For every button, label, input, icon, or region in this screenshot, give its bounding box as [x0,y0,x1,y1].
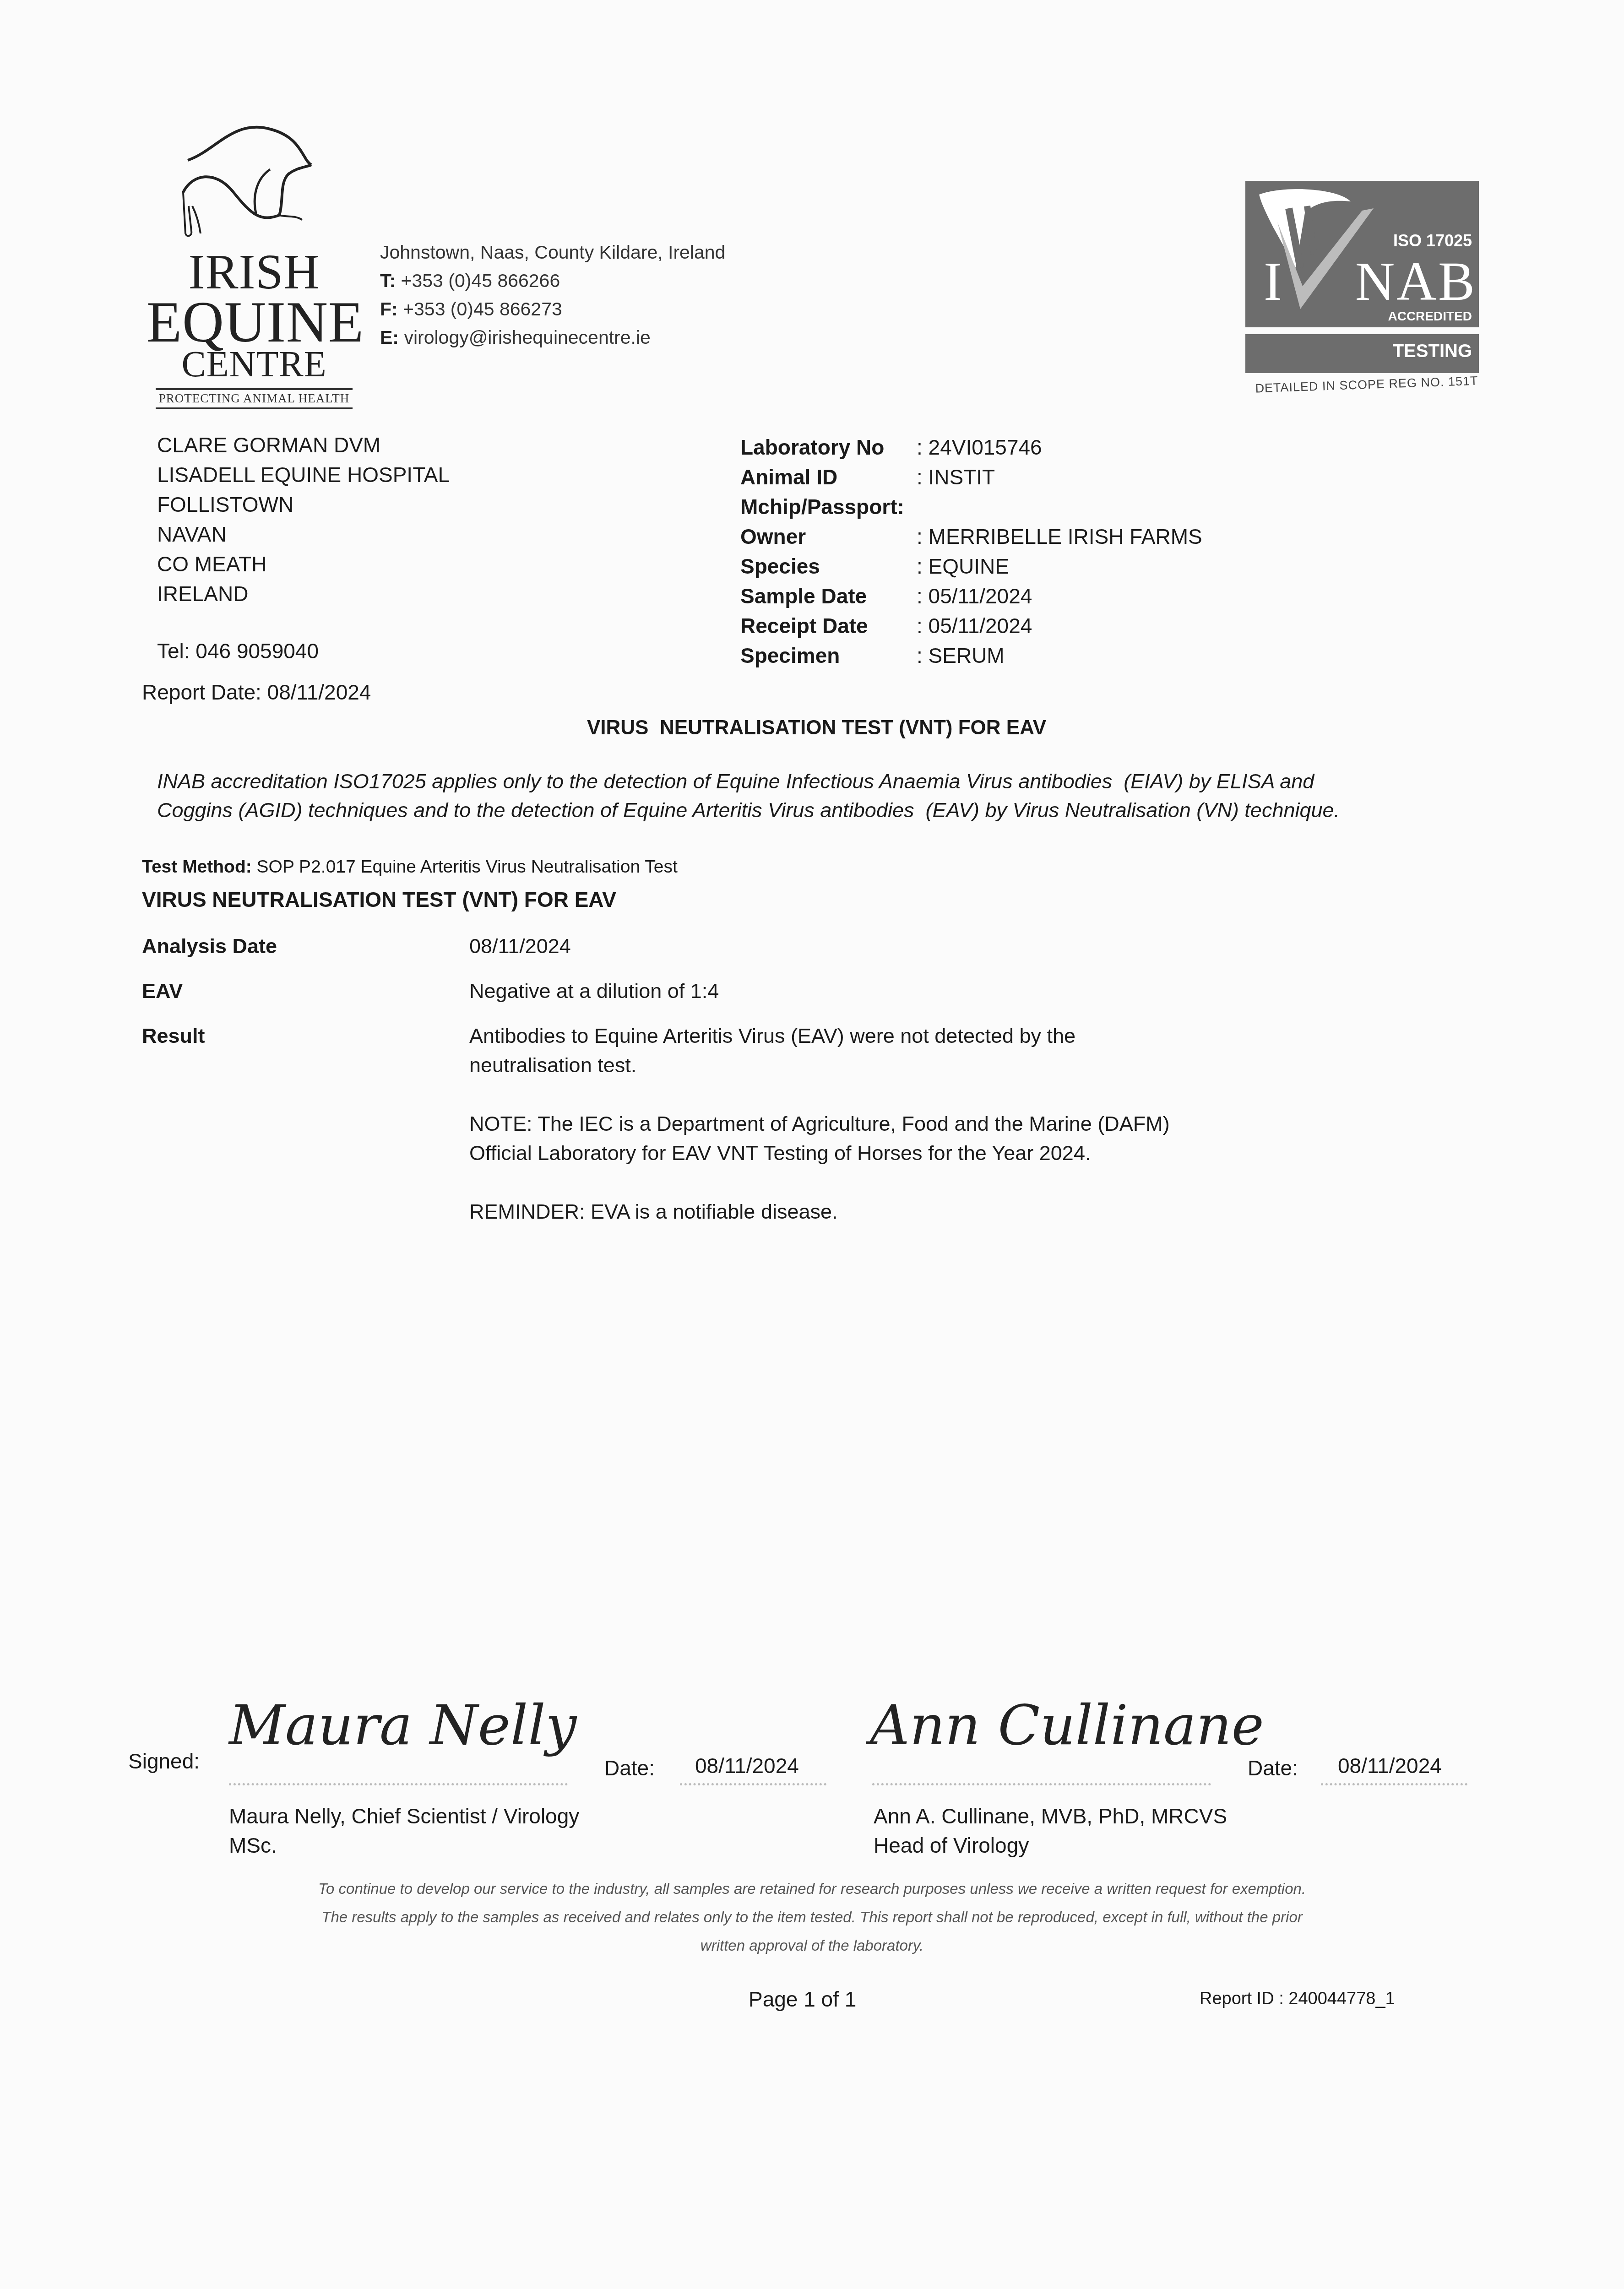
sample-details: Laboratory No: 24VI015746 Animal ID: INS… [740,433,1202,671]
test-method-value: SOP P2.017 Equine Arteritis Virus Neutra… [252,857,678,877]
signer1-date: 08/11/2024 [695,1753,799,1778]
badge-nab: NAB [1355,254,1477,309]
result-row-analysis-date: Analysis Date 08/11/2024 [142,932,1179,961]
address-line: CLARE GORMAN DVM [157,430,450,460]
test-method: Test Method: SOP P2.017 Equine Arteritis… [142,857,678,877]
logo-word-centre: CENTRE [147,345,362,384]
signature-line [229,1783,568,1785]
signed-label: Signed: [128,1749,200,1774]
test-method-label: Test Method: [142,857,252,877]
recipient-tel: Tel: 046 9059040 [157,639,319,663]
signer1-name: Maura Nelly, Chief Scientist / Virology … [229,1801,579,1860]
logo-word-equine: EQUINE [147,295,362,350]
badge-accredited: ACCREDITED [1388,309,1472,324]
page-number: Page 1 of 1 [749,1987,856,2012]
report-title: VIRUS NEUTRALISATION TEST (VNT) FOR EAV [0,716,1624,739]
accreditation-statement: INAB accreditation ISO17025 applies only… [157,767,1393,824]
signer2-date: 08/11/2024 [1338,1753,1442,1778]
detail-row: Animal ID: INSTIT [740,462,1202,492]
irish-equine-centre-logo: IRISH EQUINE CENTRE PROTECTING ANIMAL HE… [147,124,362,407]
detail-row: Laboratory No: 24VI015746 [740,433,1202,462]
footer-disclaimer: To continue to develop our service to th… [0,1875,1624,1960]
detail-row: Species: EQUINE [740,552,1202,581]
detail-row: Specimen: SERUM [740,641,1202,671]
signature-maura-nelly: Maura Nelly [229,1694,576,1757]
signer2-name: Ann A. Cullinane, MVB, PhD, MRCVS Head o… [874,1801,1227,1860]
badge-iso: ISO 17025 [1393,231,1472,250]
detail-row: Owner: MERRIBELLE IRISH FARMS [740,522,1202,552]
badge-scope: DETAILED IN SCOPE REG NO. 151T [1250,374,1484,396]
address-line: NAVAN [157,520,450,549]
result-row-result: Result Antibodies to Equine Arteritis Vi… [142,1021,1179,1256]
report-id: Report ID : 240044778_1 [1200,1989,1395,2009]
reminder: REMINDER: EVA is a notifiable disease. [469,1197,1179,1226]
signature-ann-cullinane: Ann Cullinane [870,1694,1264,1757]
result-row-eav: EAV Negative at a dilution of 1:4 [142,976,1179,1006]
lab-contact-block: Johnstown, Naas, County Kildare, Ireland… [380,238,725,352]
result-text: Antibodies to Equine Arteritis Virus (EA… [469,1021,1179,1080]
address-line: CO MEATH [157,549,450,579]
detail-row: Receipt Date: 05/11/2024 [740,611,1202,641]
lab-address: Johnstown, Naas, County Kildare, Ireland [380,238,725,266]
report-date: Report Date: 08/11/2024 [142,680,371,705]
results-table: Analysis Date 08/11/2024 EAV Negative at… [142,932,1179,1271]
logo-rule-top [156,388,353,390]
detail-row: Mchip/Passport: [740,492,1202,522]
recipient-address: CLARE GORMAN DVM LISADELL EQUINE HOSPITA… [157,430,450,609]
date-label: Date: [1248,1756,1298,1780]
date-line [1321,1783,1467,1785]
logo-rule-bottom [156,407,353,409]
lab-email: E: virology@irishequinecentre.ie [380,323,725,352]
address-line: LISADELL EQUINE HOSPITAL [157,460,450,490]
detail-row: Sample Date: 05/11/2024 [740,581,1202,611]
signature-line [872,1783,1211,1785]
address-line: IRELAND [157,579,450,609]
logo-tagline: PROTECTING ANIMAL HEALTH [156,391,353,406]
lab-fax: F: +353 (0)45 866273 [380,295,725,323]
horse-logo-icon [165,124,339,243]
lab-phone: T: +353 (0)45 866266 [380,266,725,295]
address-line: FOLLISTOWN [157,490,450,520]
logo-word-irish: IRISH [147,247,362,298]
date-line [680,1783,826,1785]
section-title: VIRUS NEUTRALISATION TEST (VNT) FOR EAV [142,887,616,912]
date-label: Date: [604,1756,655,1780]
inab-accreditation-badge: I ISO 17025 NAB ACCREDITED TESTING DETAI… [1245,176,1483,391]
dafm-note: NOTE: The IEC is a Department of Agricul… [469,1109,1179,1168]
badge-testing: TESTING [1393,341,1472,362]
